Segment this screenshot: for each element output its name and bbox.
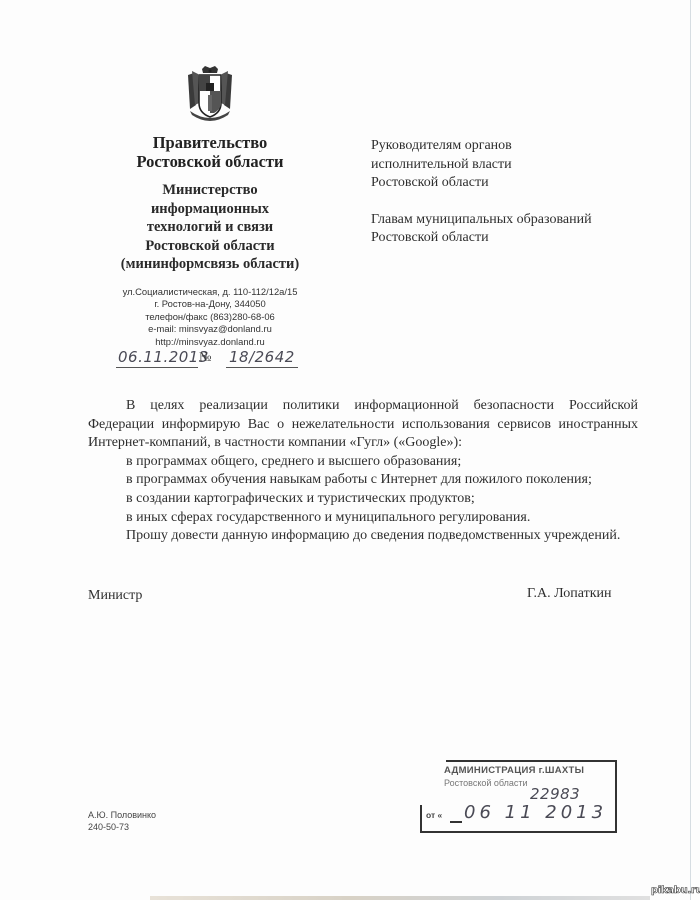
letter-body: В целях реализации политики информационн… [88,397,638,546]
contact-email: e-mail: minsvyaz@donland.ru [100,323,320,336]
contact-city: г. Ростов-на-Дону, 344050 [100,298,320,311]
body-list-item: в иных сферах государственного и муницип… [88,509,638,528]
registration-date: 06.11.2013 [118,348,209,366]
incoming-registration-stamp: АДМИНИСТРАЦИЯ г.ШАХТЫ Ростовской области… [420,755,630,835]
scan-bottom-edge [150,896,650,900]
stamp-from-label: от « [426,810,442,820]
body-request: Прошу довести данную информацию до сведе… [88,527,638,546]
executor-info: А.Ю. Половинко 240-50-73 [88,810,156,833]
addressee-line: Главам муниципальных образований [371,211,592,230]
scan-page-edge [690,0,691,900]
body-list-item: в программах обучения навыкам работы с И… [88,471,638,490]
ministry-name: Министерство информационных технологий и… [100,181,320,274]
stamp-border-top [446,760,616,762]
addressee-executive-heads: Руководителям органов исполнительной вла… [371,137,592,193]
contact-website: http://minsvyaz.donland.ru [100,336,320,349]
stamp-border-bottom [420,831,617,833]
ministry-contacts: ул.Социалистическая, д. 110-112/12а/15 г… [100,286,320,349]
number-sign: № [199,349,211,365]
ministry-line-5: (мининформсвязь области) [100,255,320,274]
ministry-line-4: Ростовской области [100,237,320,256]
letterhead: Правительство Ростовской области Министе… [100,65,320,348]
watermark: pikabu.ru [651,885,700,896]
date-underline [116,367,198,368]
stamp-organization: АДМИНИСТРАЦИЯ г.ШАХТЫ [444,765,584,776]
stamp-date: 06 11 2013 [464,802,607,823]
ministry-line-3: технологий и связи [100,218,320,237]
addressee-line: исполнительной власти [371,156,592,175]
addressee-line: Ростовской области [371,174,592,193]
signatory-name: Г.А. Лопаткин [527,586,612,602]
number-underline [226,367,298,368]
addressee-line: Руководителям органов [371,137,592,156]
addressee-line: Ростовской области [371,229,592,248]
executor-name: А.Ю. Половинко [88,810,156,822]
government-line-1: Правительство [100,133,320,152]
ministry-line-1: Министерство [100,181,320,200]
ministry-line-2: информационных [100,200,320,219]
document-page: Правительство Ростовской области Министе… [0,0,700,900]
government-line-2: Ростовской области [100,152,320,171]
body-list-item: в программах общего, среднего и высшего … [88,453,638,472]
contact-phone: телефон/факс (863)280-68-06 [100,311,320,324]
signatory-title: Министр [88,588,142,604]
body-intro: В целях реализации политики информационн… [88,397,638,453]
stamp-border-left [420,805,422,833]
stamp-from-underline [450,821,462,823]
stamp-incoming-number: 22983 [530,785,580,803]
registration-number: 18/2642 [229,348,295,366]
contact-address: ул.Социалистическая, д. 110-112/12а/15 [100,286,320,299]
addressees: Руководителям органов исполнительной вла… [371,137,592,248]
executor-phone: 240-50-73 [88,822,156,834]
stamp-region: Ростовской области [444,778,528,788]
registration-line: 06.11.2013 № 18/2642 [116,348,298,368]
government-name: Правительство Ростовской области [100,133,320,171]
body-list-item: в создании картографических и туристичес… [88,490,638,509]
addressee-municipal-heads: Главам муниципальных образований Ростовс… [371,211,592,248]
coat-of-arms-icon [184,65,236,125]
stamp-border-right [615,760,617,831]
